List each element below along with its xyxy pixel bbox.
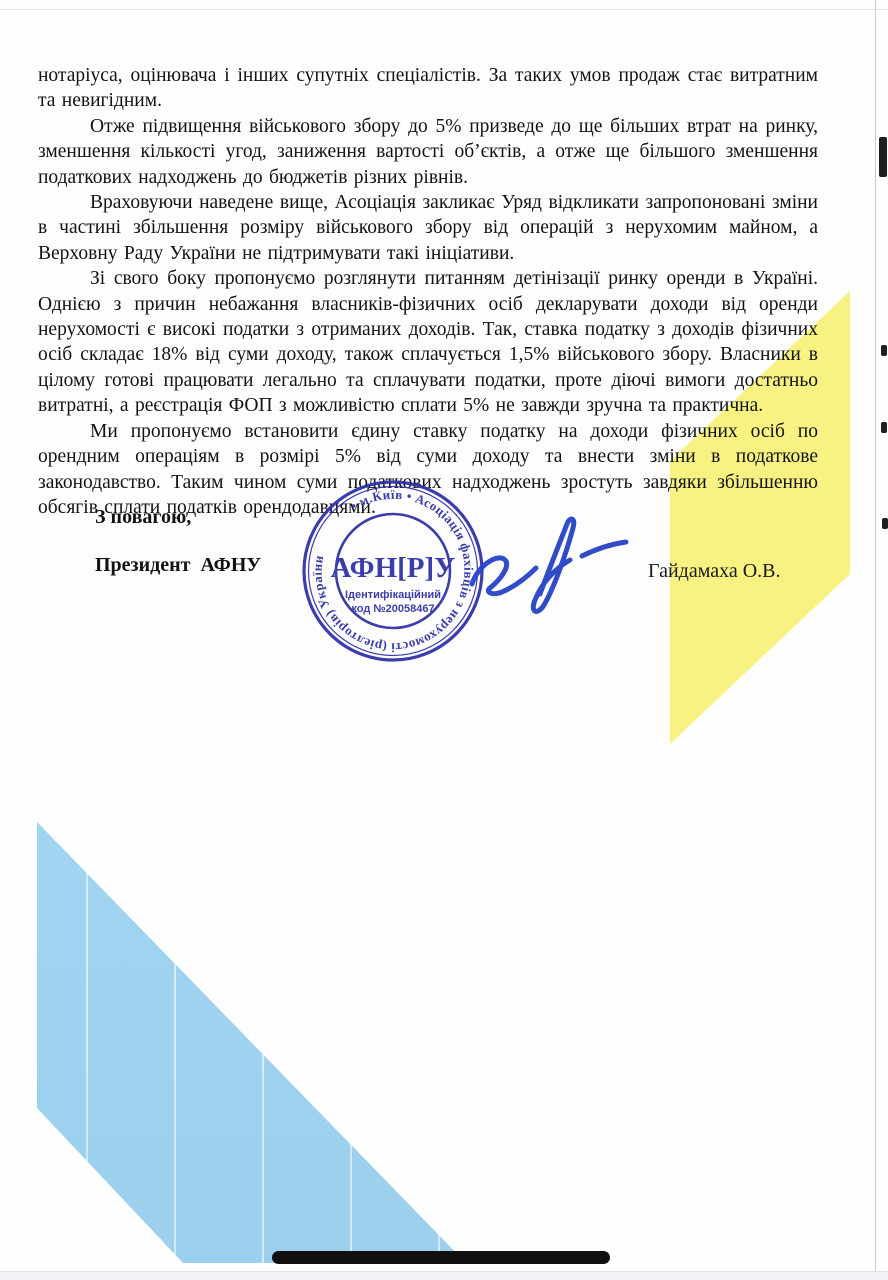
paragraph: Враховуючи наведене вище, Асоціація закл… xyxy=(38,190,818,266)
scanner-edge-mark xyxy=(881,345,887,356)
paragraph: нотаріуса, оцінювача і інших супутніх сп… xyxy=(38,63,818,114)
signature xyxy=(452,512,657,630)
scanner-edge-mark xyxy=(882,518,888,529)
letter-body: нотаріуса, оцінювача і інших супутніх сп… xyxy=(38,63,818,520)
closing-salutation: З повагою, xyxy=(95,506,191,529)
stamp-center-text: АФН[Р]У xyxy=(331,552,456,584)
scanned-letter-page: нотаріуса, оцінювача і інших супутніх сп… xyxy=(0,0,888,1280)
stamp-id-line2: код №20058467 xyxy=(351,603,434,615)
scanner-edge-mark xyxy=(881,422,887,433)
paragraph: Отже підвищення військового збору до 5% … xyxy=(38,114,818,190)
paragraph: Зі свого боку пропонуємо розглянути пита… xyxy=(38,266,818,418)
signer-name: Гайдамаха О.В. xyxy=(648,560,781,583)
home-indicator-bar xyxy=(272,1251,610,1264)
scan-edge-bottom xyxy=(0,1271,888,1280)
scan-edge-right xyxy=(875,0,876,1280)
stamp-id-line1: Ідентифікаційний xyxy=(345,589,441,601)
scan-edge-top xyxy=(0,9,888,10)
signer-title: Президент АФНУ xyxy=(95,554,261,577)
scanner-edge-mark xyxy=(879,137,887,177)
